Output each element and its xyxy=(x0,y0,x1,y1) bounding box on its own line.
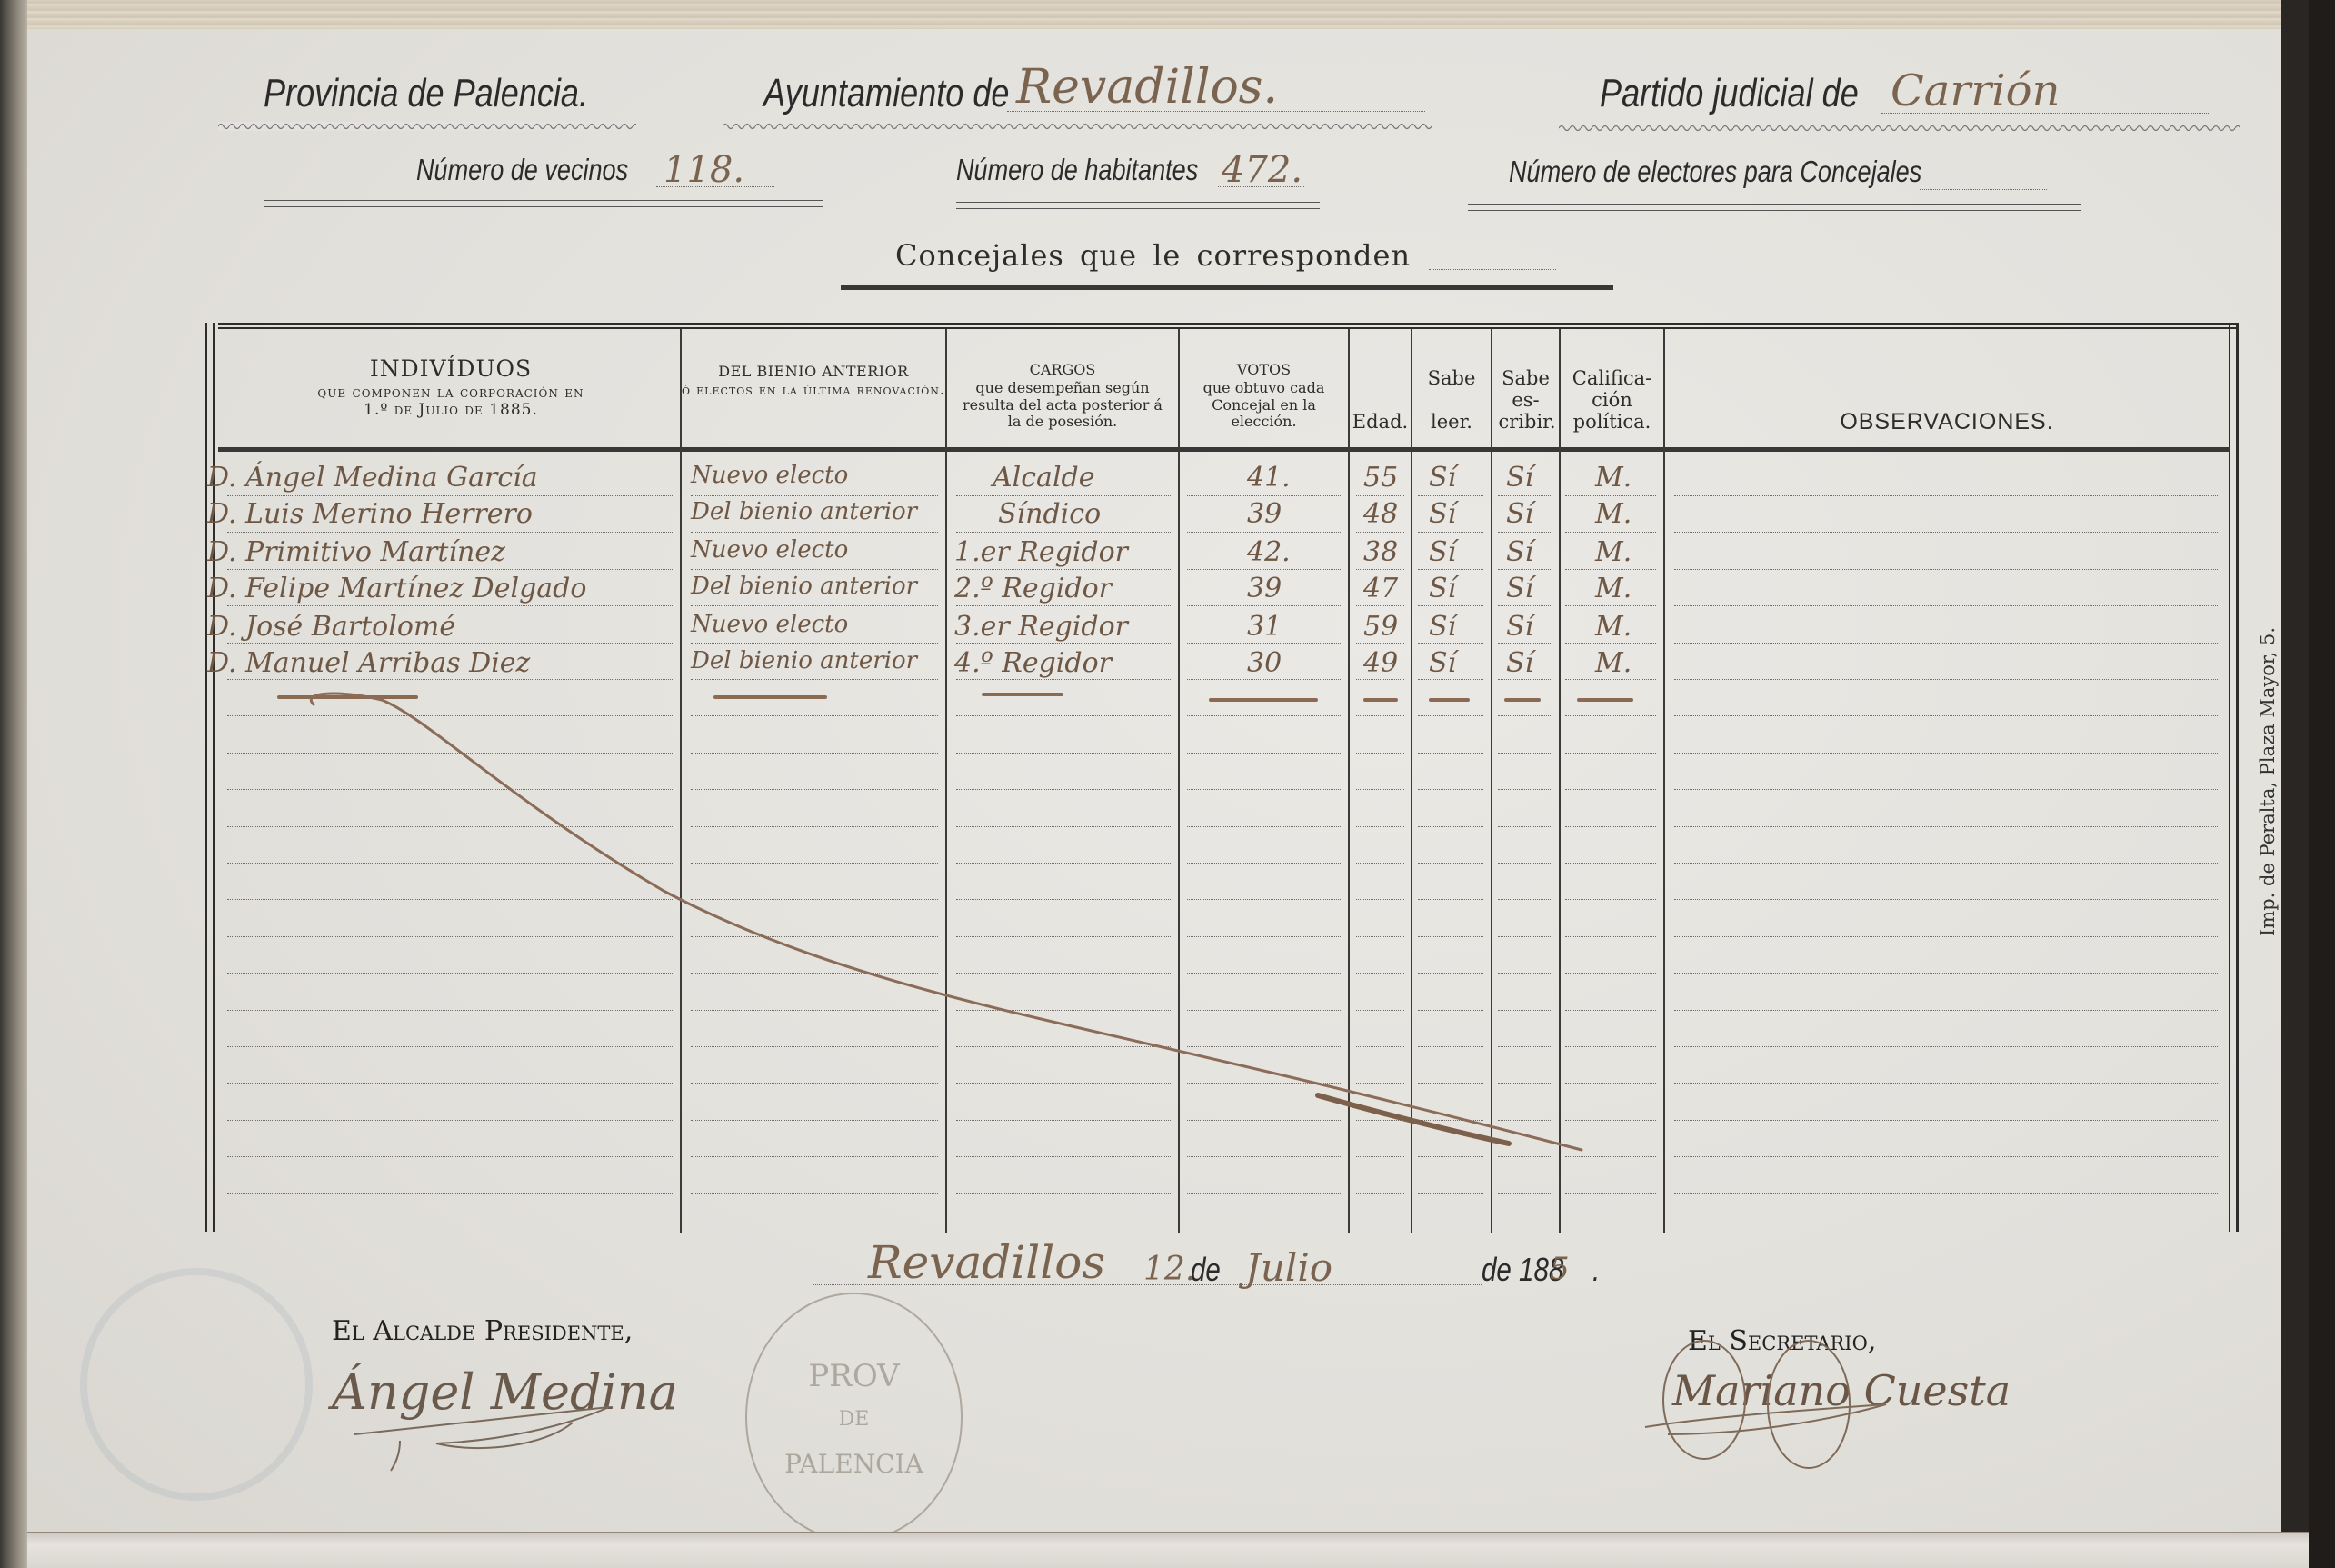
stamp-text: PALENCIA xyxy=(747,1449,961,1479)
secretario-rubric xyxy=(1641,1336,1913,1482)
date-month: Julio xyxy=(1245,1245,1332,1290)
alcalde-rubric xyxy=(345,1391,645,1473)
stamp-text: DE xyxy=(747,1408,961,1431)
alcalde-label: El Alcalde Presidente, xyxy=(332,1315,633,1347)
date-de-1: de xyxy=(1191,1251,1221,1289)
date-period: . xyxy=(1592,1251,1600,1289)
date-year-suffix: 5 xyxy=(1550,1251,1570,1287)
printer-imprint: Imp. de Peralta, Plaza Mayor, 5. xyxy=(2257,627,2279,936)
official-seal-stamp: PROV DE PALENCIA xyxy=(745,1293,963,1542)
page-fold-bottom xyxy=(27,1532,2309,1568)
stamp-text: PROV xyxy=(747,1358,961,1394)
date-place: Revadillos xyxy=(868,1236,1105,1289)
date-day: 12. xyxy=(1143,1251,1195,1288)
faded-blue-stamp xyxy=(80,1268,313,1501)
